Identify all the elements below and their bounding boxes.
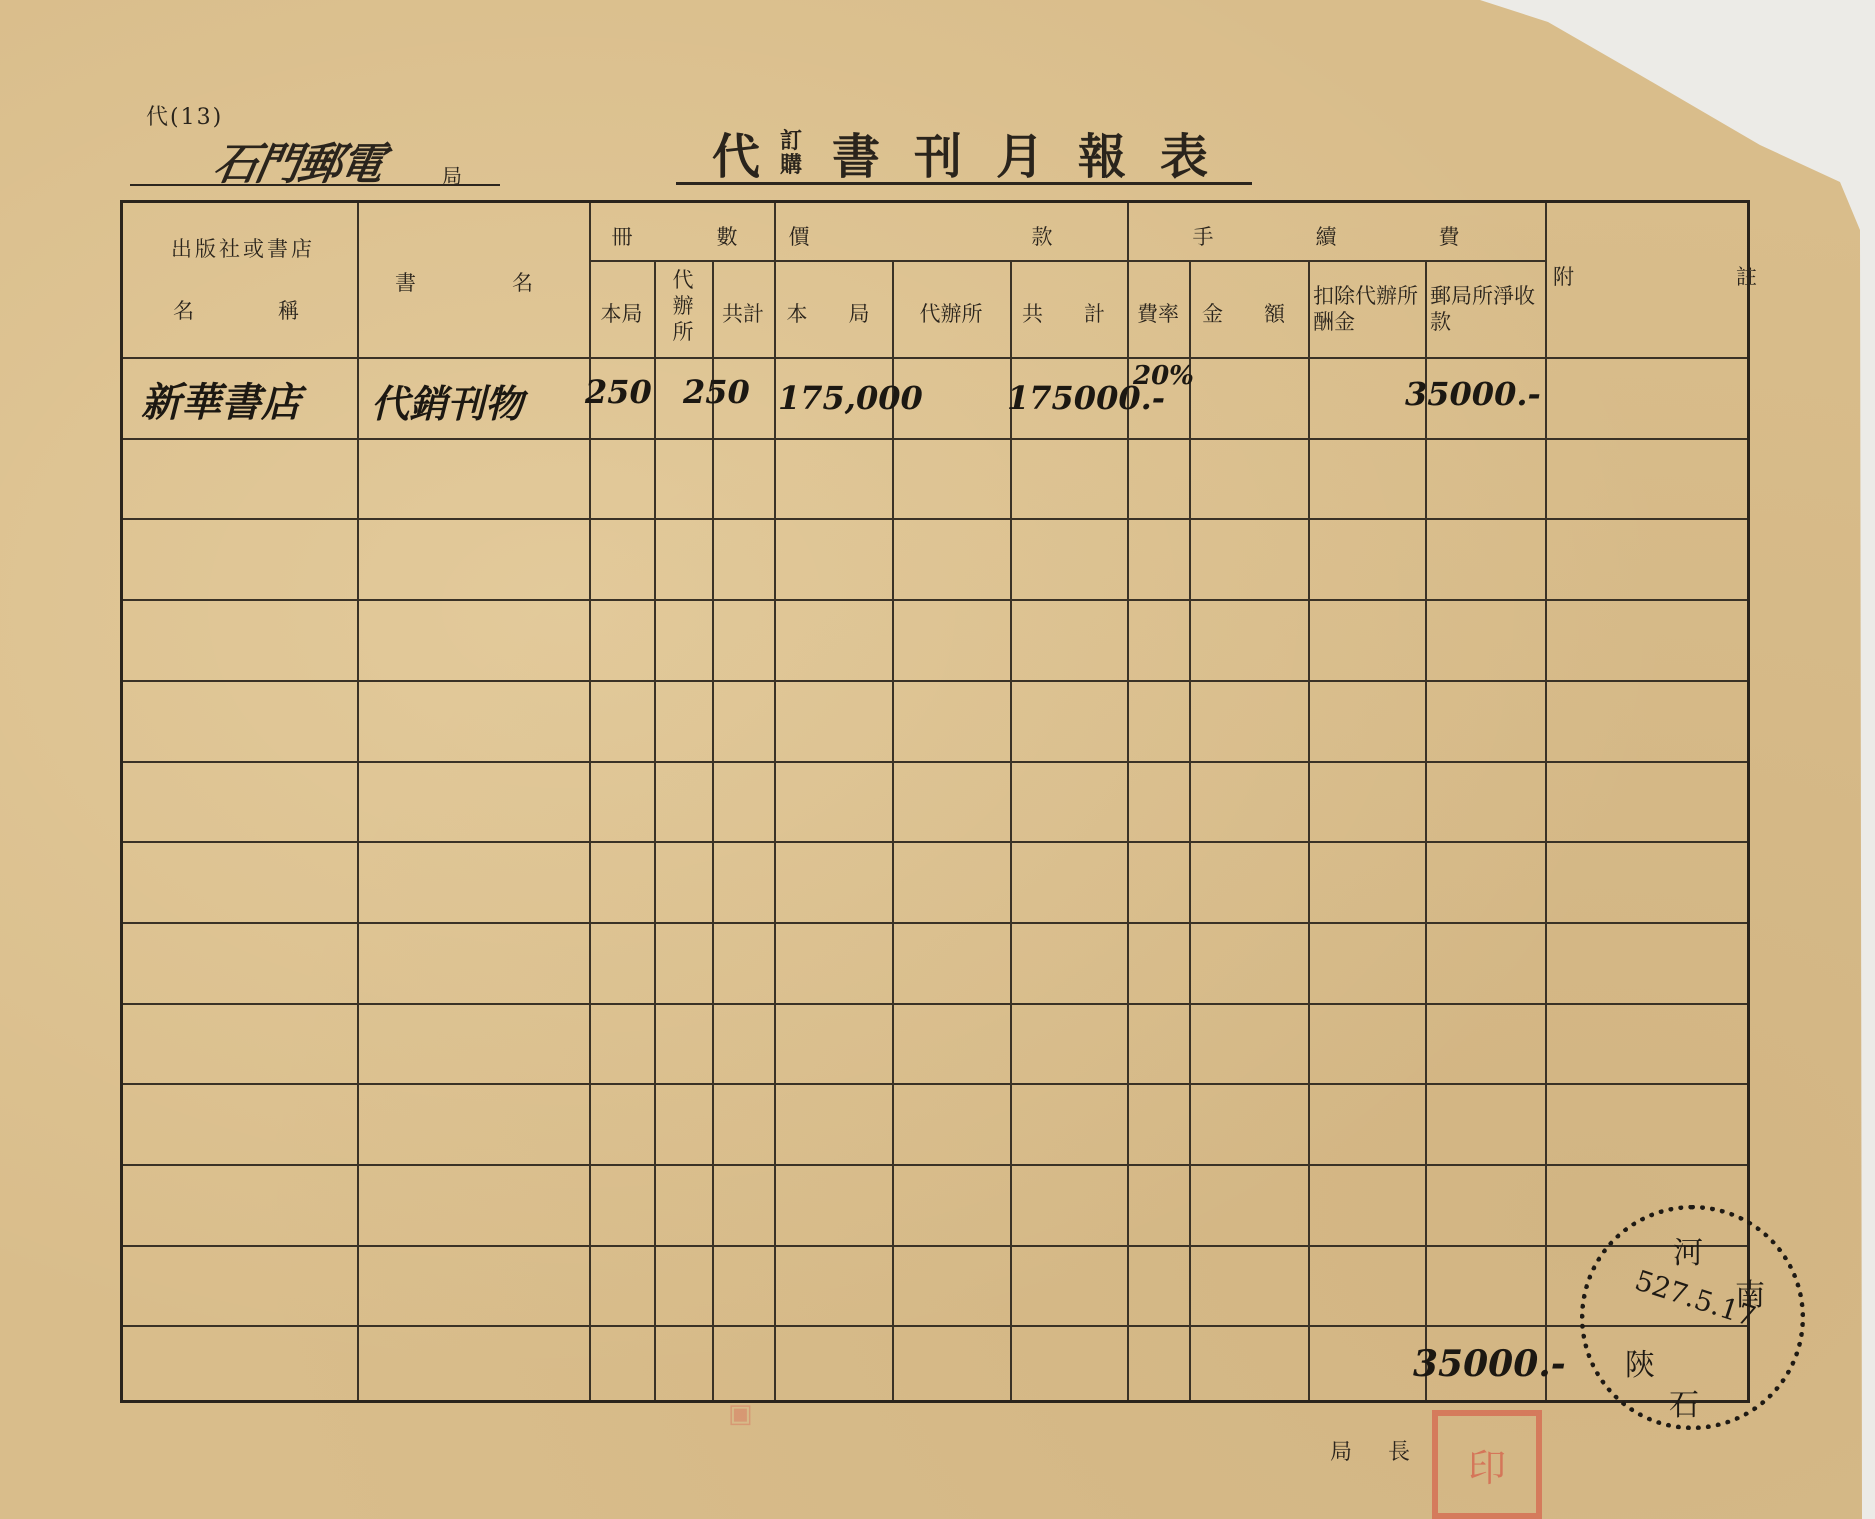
row-line — [123, 518, 1747, 520]
header-fee-group: 手 續 費 — [1127, 221, 1545, 251]
header-net-receipt: 郵局所淨收款 — [1430, 283, 1542, 335]
chief-seal: 印 — [1432, 1410, 1542, 1519]
group-header-divider — [589, 260, 1545, 262]
col-divider — [774, 203, 776, 1400]
office-underline — [130, 184, 500, 186]
title-rest: 書刊月報表 — [832, 118, 1242, 187]
issuing-office-handwritten: 石門郵電 — [209, 128, 388, 192]
row-line — [123, 680, 1747, 682]
header-copies-agency: 代辦所 — [664, 267, 702, 345]
header-publisher-line2: 名 稱 — [143, 295, 343, 325]
col-divider — [654, 260, 656, 1400]
page-title: 代 訂 購 書刊月報表 — [712, 118, 1242, 187]
cell-price-local: 175,000 — [778, 379, 923, 417]
title-stack-bottom: 購 — [780, 153, 802, 177]
cell-copies-total: 250 — [683, 373, 750, 411]
col-divider — [1425, 260, 1427, 1400]
header-publisher-line1: 出版社或書店 — [143, 233, 343, 263]
col-divider — [1010, 260, 1012, 1400]
chief-label: 局長 — [1330, 1435, 1446, 1466]
col-divider — [357, 203, 359, 1400]
header-remarks: 附 註 — [1553, 261, 1743, 291]
row-line — [123, 599, 1747, 601]
row-line — [123, 1003, 1747, 1005]
total-net-receipt: 35000.- — [1413, 1343, 1566, 1385]
header-price-agency: 代辦所 — [892, 298, 1010, 328]
cell-copies-local: 250 — [585, 373, 652, 411]
title-stack: 訂 購 — [780, 129, 802, 177]
faint-red-seal: ▣ — [728, 1400, 753, 1428]
postmark-stamp: 河 南 527.5.17 陝 石 — [1580, 1205, 1805, 1430]
col-divider — [1545, 203, 1547, 1400]
cell-fee-rate: 20% — [1133, 361, 1194, 391]
row-line — [123, 1245, 1747, 1247]
header-book-name: 書 名 — [363, 267, 583, 297]
col-divider — [892, 260, 894, 1400]
row-line — [123, 761, 1747, 763]
header-price-total: 共 計 — [1010, 298, 1127, 328]
report-table: 出版社或書店 名 稱 書 名 冊 數 本局 代辦所 共計 價 款 本 局 代辦所… — [120, 200, 1750, 1403]
cell-publisher: 新華書店 — [141, 371, 301, 428]
header-fee-rate: 費率 — [1127, 298, 1189, 328]
postmark-bottom-char: 石 — [1669, 1380, 1699, 1424]
header-copies-group: 冊 數 — [589, 221, 774, 251]
row-line — [123, 438, 1747, 440]
col-divider — [1189, 260, 1191, 1400]
header-price-group: 價 款 — [774, 221, 1127, 251]
col-divider — [712, 260, 714, 1400]
cell-book-name: 代銷刊物 — [371, 373, 523, 428]
row-line — [123, 922, 1747, 924]
header-agency-commission: 扣除代辦所酬金 — [1313, 283, 1423, 335]
postmark-top-char: 河 — [1673, 1228, 1703, 1272]
header-price-local: 本 局 — [774, 298, 892, 328]
header-bottom-line — [123, 357, 1747, 359]
header-copies-total: 共計 — [712, 298, 774, 328]
row-line — [123, 1325, 1747, 1327]
header-fee-amount: 金 額 — [1189, 298, 1308, 328]
title-underline — [676, 182, 1252, 185]
row-line — [123, 1083, 1747, 1085]
form-code: 代(13) — [146, 100, 223, 131]
title-stack-top: 訂 — [780, 129, 802, 153]
postmark-left-char: 陝 — [1625, 1340, 1655, 1384]
row-line — [123, 841, 1747, 843]
cell-net-receipt: 35000.- — [1405, 375, 1541, 413]
col-divider — [1308, 260, 1310, 1400]
header-copies-local: 本局 — [589, 298, 654, 328]
row-line — [123, 1164, 1747, 1166]
